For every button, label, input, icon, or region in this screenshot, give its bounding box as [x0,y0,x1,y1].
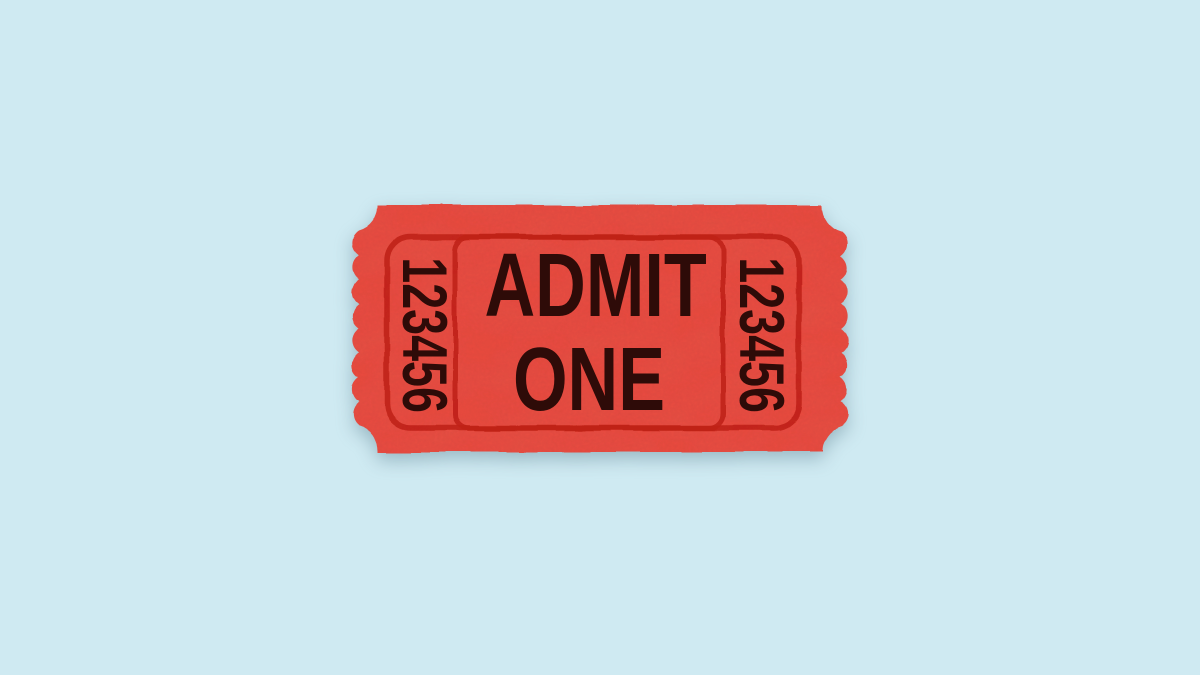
admission-ticket: 123456 ADMIT ONE 123456 [352,205,848,452]
ticket-title-line1: ADMIT [484,241,693,331]
ticket-title-line2: ONE [484,335,693,425]
canvas-background: 123456 ADMIT ONE 123456 [0,0,1200,675]
serial-number-right: 123456 [729,257,793,412]
serial-number-left: 123456 [392,257,456,412]
